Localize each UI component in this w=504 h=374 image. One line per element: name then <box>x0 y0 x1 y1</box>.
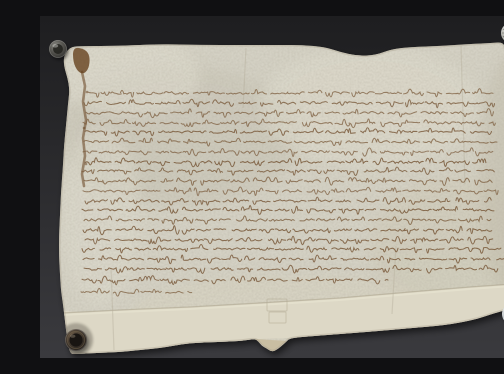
manuscript-photo: Photograph of a medieval parchment chart… <box>40 16 504 358</box>
scene-canvas <box>40 16 504 358</box>
